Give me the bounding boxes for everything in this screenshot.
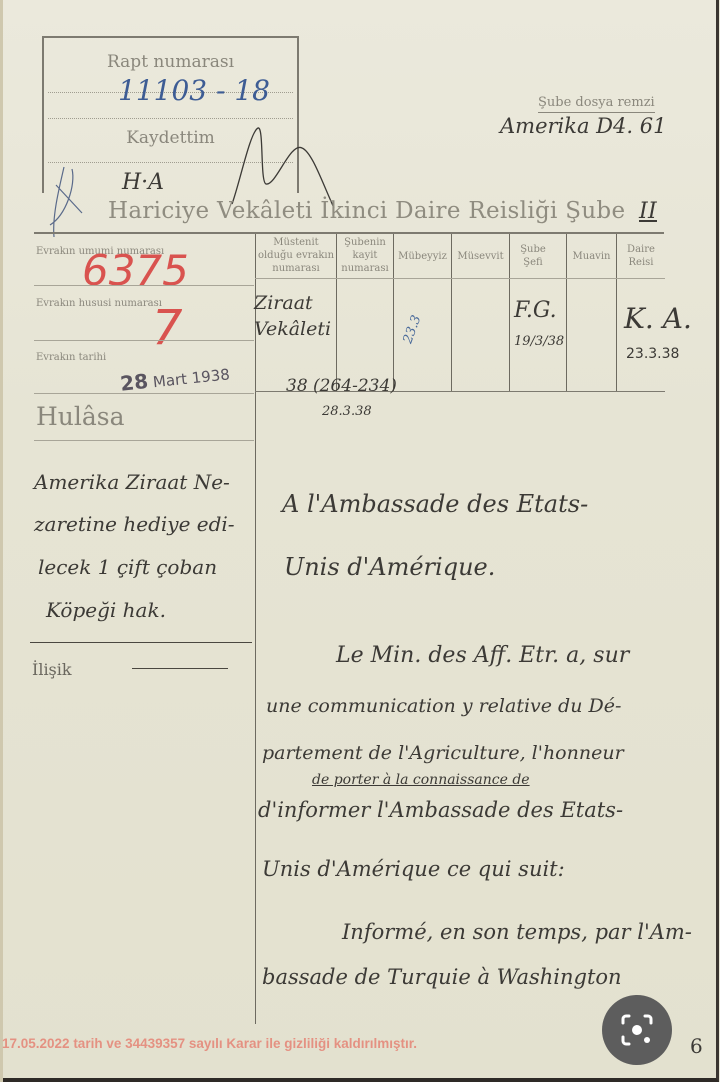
header-rule [255, 278, 665, 279]
cell-footer-date: 28.3.38 [322, 404, 372, 419]
col-daire-reisi: Daire Reisi [617, 243, 665, 269]
document-page: Rapt numarası 11103 - 18 Kaydettim H·A Ş… [0, 0, 719, 1082]
cell-mubeyyiz: 23.3 [400, 313, 424, 345]
evrak-tarihi-label: Evrakın tarihi [36, 352, 106, 363]
body-line-2: Unis d'Amérique. [284, 553, 495, 581]
body-line-8: Unis d'Amérique ce qui suit: [262, 857, 565, 881]
date-stamp: 28 Mart 1938 [119, 360, 231, 395]
col-mubeyyiz: Mübeyyiz [394, 250, 451, 263]
evrak-umumi-value: 6375 [82, 246, 189, 295]
cell-daire-reisi-initials: K. A. [624, 302, 692, 335]
page-edge [0, 0, 3, 1082]
evrak-hususi-value: 7 [152, 300, 183, 356]
col-sube-sefi: Şube Şefi [510, 243, 556, 269]
body-line-4: une communication y relative du Dé- [266, 695, 621, 717]
hulasa-line-3: lecek 1 çift çoban [38, 555, 217, 579]
dotted-line [48, 118, 293, 119]
col-mustenit: Müstenit olduğu evrakın numarası [256, 236, 336, 275]
cell-sube-sefi-date: 19/3/38 [514, 334, 564, 349]
title-text: Hariciye Vekâleti İkinci Daire Reisliği … [108, 198, 625, 224]
body-line-6-insertion: de porter à la connaissance de [312, 772, 530, 788]
evrak-hususi-label: Evrakın hususi numarası [36, 298, 162, 309]
cell-footer-note: 38 (264-234) [286, 376, 397, 396]
ilisik-label: İlişik [32, 660, 72, 679]
cell-daire-reisi-date: 23.3.38 [626, 346, 679, 362]
title-rule [34, 232, 664, 234]
google-lens-button[interactable] [602, 995, 672, 1065]
body-line-7: d'informer l'Ambassade des Etats- [258, 798, 623, 822]
rapt-value: 11103 - 18 [118, 74, 270, 107]
col-musevvit: Müsevvit [452, 250, 509, 263]
body-line-1: A l'Ambassade des Etats- [282, 490, 588, 518]
body-line-5: partement de l'Agriculture, l'honneur [262, 742, 624, 764]
col-sube-kayit: Şubenin kayit numarası [337, 236, 393, 275]
cell-mustenit: Ziraat Vekâleti [254, 290, 334, 342]
document-title: Hariciye Vekâleti İkinci Daire Reisliği … [108, 198, 657, 224]
divider [34, 285, 254, 286]
stamp-month-year: Mart 1938 [152, 365, 231, 391]
hulasa-line-2: zaretine hediye edi- [34, 512, 235, 536]
divider [34, 440, 254, 441]
sube-dosya-value: Amerika D4. 61 [500, 114, 666, 138]
hulasa-line-4: Köpeği hak. [46, 598, 166, 622]
sube-dosya-label: Şube dosya remzi [538, 95, 655, 113]
hulasa-label: Hulâsa [36, 402, 125, 431]
declassification-footer: 17.05.2022 tarih ve 34439357 sayılı Kara… [2, 1036, 417, 1051]
ilisik-line [132, 668, 228, 669]
hulasa-underline [30, 642, 252, 643]
stamp-day: 28 [119, 369, 149, 396]
hulasa-line-1: Amerika Ziraat Ne- [34, 470, 230, 494]
page-mark: 6 [690, 1034, 703, 1058]
column-divider [255, 234, 256, 1024]
cell-sube-sefi-initials: F.G. [514, 298, 557, 323]
col-muavin: Muavin [567, 250, 616, 263]
body-line-3: Le Min. des Aff. Etr. a, sur [336, 643, 629, 668]
google-lens-icon [619, 1012, 655, 1048]
divider [34, 393, 254, 394]
body-line-9: Informé, en son temps, par l'Am- [342, 920, 692, 944]
rapt-initials: H·A [122, 170, 164, 195]
sube-numeral: II [639, 199, 657, 224]
divider [34, 340, 254, 341]
rapt-label: Rapt numarası [44, 52, 297, 72]
check-mark-scribble [42, 165, 92, 240]
body-line-10: bassade de Turquie à Washington [262, 965, 622, 989]
